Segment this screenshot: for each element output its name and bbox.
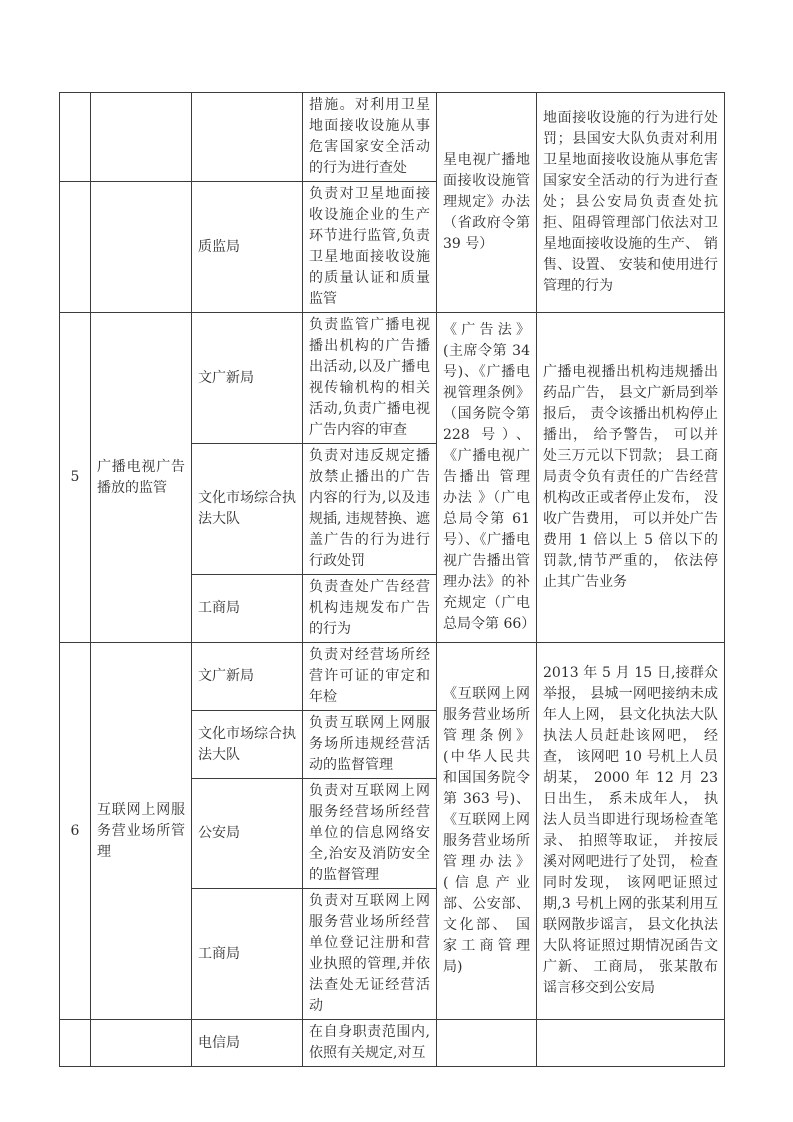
cell-duty: 负责监管广播电视播出机构的广告播出活动,以及广播电视传输机构的相关活动,负责广播…	[303, 313, 437, 444]
cell-legal-basis-5: 《广告法》(主席令第 34 号)、《广播电视管理条例》（国务院令第 228 号）…	[437, 313, 537, 643]
document-page: 措施。对利用卫星地面接收设施从事危害国家安全活动的行为进行查处 星电视广播地面接…	[0, 0, 793, 1122]
cell-item-6: 互联网上网服务营业场所管理	[91, 643, 192, 1020]
cell-case-example-continued: 地面接收设施的行为进行处罚；县国安大队负责对利用卫星地面接收设施从事危害国家安全…	[537, 93, 725, 313]
cell-duty: 负责查处广告经营机构违规发布广告的行为	[303, 575, 437, 643]
cell-department: 工商局	[192, 575, 303, 643]
cell-department: 电信局	[192, 1020, 303, 1067]
table-row: 5 广播电视广告播放的监管 文广新局 负责监管广播电视播出机构的广告播出活动,以…	[60, 313, 725, 444]
cell-department: 文广新局	[192, 313, 303, 444]
cell-legal-basis-continued: 星电视广播地面接收设施管理规定》办法（省政府令第 39 号）	[437, 93, 537, 313]
cell-row-number-empty	[60, 1020, 91, 1067]
cell-department: 公安局	[192, 779, 303, 889]
cell-case-example-6: 2013 年 5 月 15 日,接群众举报， 县城一网吧接纳未成年人上网， 县文…	[537, 643, 725, 1020]
cell-department: 工商局	[192, 889, 303, 1020]
cell-department: 文化市场综合执法大队	[192, 444, 303, 575]
responsibility-table: 措施。对利用卫星地面接收设施从事危害国家安全活动的行为进行查处 星电视广播地面接…	[59, 92, 725, 1067]
table-row: 电信局 在自身职责范围内,依照有关规定,对互	[60, 1020, 725, 1067]
cell-duty: 负责对经营场所经营许可证的审定和年检	[303, 643, 437, 711]
cell-department-empty	[192, 93, 303, 182]
cell-duty: 负责互联网上网服务场所违规经营活动的监督管理	[303, 711, 437, 779]
cell-duty: 负责对违反规定播放禁止播出的广告内容的行为,以及违规插, 违规替换、遮盖广告的行…	[303, 444, 437, 575]
cell-duty: 负责对卫星地面接收设施企业的生产环节进行监管,负责卫星地面接收设施的质量认证和质…	[303, 182, 437, 313]
cell-department: 文广新局	[192, 643, 303, 711]
cell-case-example-5: 广播电视播出机构违规播出药品广告， 县文广新局到举报后， 责令该播出机构停止播出…	[537, 313, 725, 643]
cell-item-empty	[91, 1020, 192, 1067]
cell-duty-continued: 措施。对利用卫星地面接收设施从事危害国家安全活动的行为进行查处	[303, 93, 437, 182]
cell-row-number-6: 6	[60, 643, 91, 1020]
cell-duty: 负责对互联网上网服务经营场所经营单位的信息网络安全,治安及消防安全的监督管理	[303, 779, 437, 889]
cell-row-number-empty	[60, 93, 91, 182]
cell-duty-cutoff: 在自身职责范围内,依照有关规定,对互	[303, 1020, 437, 1067]
cell-case-example-empty	[537, 1020, 725, 1067]
cell-legal-basis-6: 《互联网上网服务营业场所管理条例》(中华人民共和国国务院令第 363 号)、《互…	[437, 643, 537, 1020]
cell-item-5: 广播电视广告播放的监管	[91, 313, 192, 643]
cell-row-number-5: 5	[60, 313, 91, 643]
cell-row-number-empty	[60, 182, 91, 313]
cell-department: 质监局	[192, 182, 303, 313]
cell-item-empty	[91, 93, 192, 182]
cell-legal-basis-empty	[437, 1020, 537, 1067]
cell-duty: 负责对互联网上网服务营业场所经营单位登记注册和营业执照的管理,并依法查处无证经营…	[303, 889, 437, 1020]
table-row: 6 互联网上网服务营业场所管理 文广新局 负责对经营场所经营许可证的审定和年检 …	[60, 643, 725, 711]
cell-item-empty	[91, 182, 192, 313]
cell-department: 文化市场综合执法大队	[192, 711, 303, 779]
table-row: 措施。对利用卫星地面接收设施从事危害国家安全活动的行为进行查处 星电视广播地面接…	[60, 93, 725, 182]
